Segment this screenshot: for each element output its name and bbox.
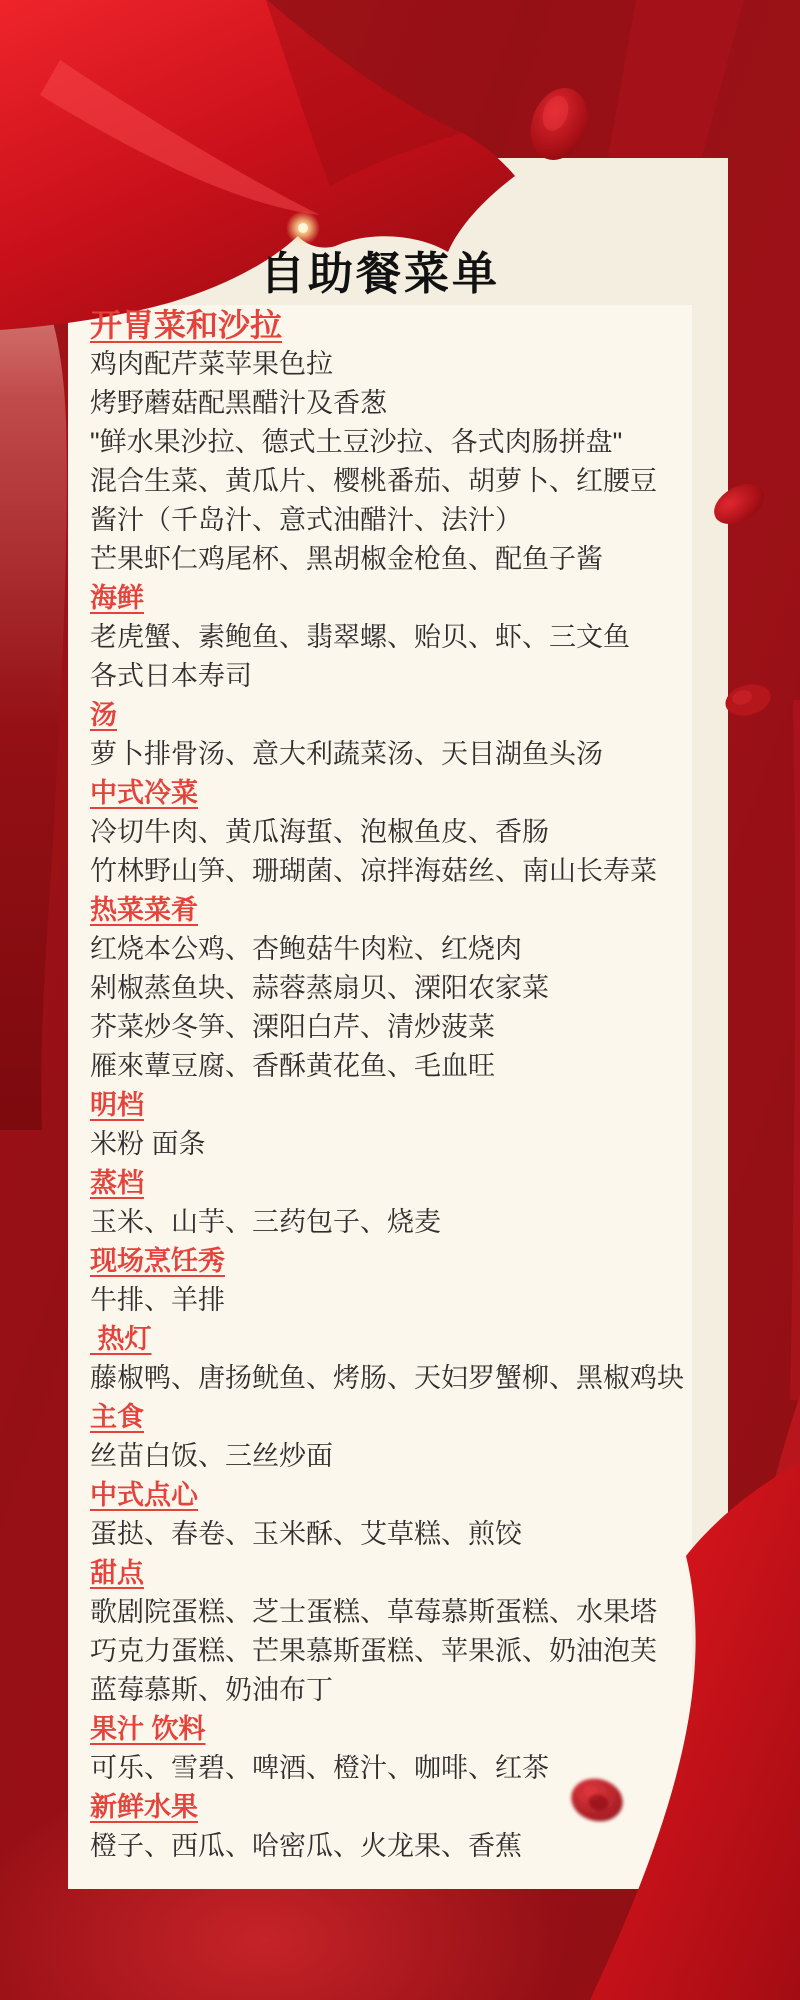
menu-item: 冷切牛肉、黄瓜海蜇、泡椒鱼皮、香肠 [90,813,690,852]
buffet-menu-poster: { "title": "自助餐菜单", "colors": { "backgro… [0,0,800,2000]
menu-item: 牛排、羊排 [90,1281,690,1320]
page-title: 自助餐菜单 [68,250,692,302]
menu-item: "鲜水果沙拉、德式土豆沙拉、各式肉肠拼盘" [90,423,690,462]
menu-item: 鸡肉配芹菜苹果色拉 [90,345,690,384]
menu-section-heading: 明档 [90,1086,690,1125]
menu-item: 芒果虾仁鸡尾杯、黑胡椒金枪鱼、配鱼子酱 [90,540,690,579]
menu-item: 剁椒蒸鱼块、蒜蓉蒸扇贝、溧阳农家菜 [90,969,690,1008]
menu-section-heading: 现场烹饪秀 [90,1242,690,1281]
menu-item: 丝苗白饭、三丝炒面 [90,1437,690,1476]
menu-section-heading: 热菜菜肴 [90,891,690,930]
menu-section-heading: 果汁 饮料 [90,1710,690,1749]
menu-item: 米粉 面条 [90,1125,690,1164]
menu-section-heading: 蒸档 [90,1164,690,1203]
menu-item: 巧克力蛋糕、芒果慕斯蛋糕、苹果派、奶油泡芙 [90,1632,690,1671]
menu-item: 混合生菜、黄瓜片、樱桃番茄、胡萝卜、红腰豆 [90,462,690,501]
menu-section-heading: 汤 [90,696,690,735]
menu-item: 芥菜炒冬笋、溧阳白芹、清炒菠菜 [90,1008,690,1047]
menu-item: 可乐、雪碧、啤酒、橙汁、咖啡、红茶 [90,1749,690,1788]
menu-section-heading: 中式点心 [90,1476,690,1515]
menu-section-heading: 主食 [90,1398,690,1437]
menu-item: 老虎蟹、素鲍鱼、翡翠螺、贻贝、虾、三文鱼 [90,618,690,657]
menu-item: 橙子、西瓜、哈密瓜、火龙果、香蕉 [90,1827,690,1866]
menu-item: 藤椒鸭、唐扬鱿鱼、烤肠、天妇罗蟹柳、黑椒鸡块 [90,1359,690,1398]
menu-item: 烤野蘑菇配黑醋汁及香葱 [90,384,690,423]
menu-section-heading: 热灯 [90,1320,690,1359]
menu-section-heading: 新鲜水果 [90,1788,690,1827]
menu-section-heading: 中式冷菜 [90,774,690,813]
menu-item: 竹林野山笋、珊瑚菌、凉拌海菇丝、南山长寿菜 [90,852,690,891]
menu-section-heading: 甜点 [90,1554,690,1593]
menu-item: 红烧本公鸡、杏鲍菇牛肉粒、红烧肉 [90,930,690,969]
menu-item: 蛋挞、春卷、玉米酥、艾草糕、煎饺 [90,1515,690,1554]
menu-item: 蓝莓慕斯、奶油布丁 [90,1671,690,1710]
menu-section-heading: 开胃菜和沙拉 [90,306,690,345]
menu-item: 酱汁（千岛汁、意式油醋汁、法汁） [90,501,690,540]
menu-item: 歌剧院蛋糕、芝士蛋糕、草莓慕斯蛋糕、水果塔 [90,1593,690,1632]
menu-item: 各式日本寿司 [90,657,690,696]
menu-item: 雁來蕈豆腐、香酥黄花鱼、毛血旺 [90,1047,690,1086]
menu-section-heading: 海鲜 [90,579,690,618]
menu-list: 开胃菜和沙拉鸡肉配芹菜苹果色拉烤野蘑菇配黑醋汁及香葱"鲜水果沙拉、德式土豆沙拉、… [90,306,690,1866]
menu-item: 萝卜排骨汤、意大利蔬菜汤、天目湖鱼头汤 [90,735,690,774]
menu-item: 玉米、山芋、三药包子、烧麦 [90,1203,690,1242]
